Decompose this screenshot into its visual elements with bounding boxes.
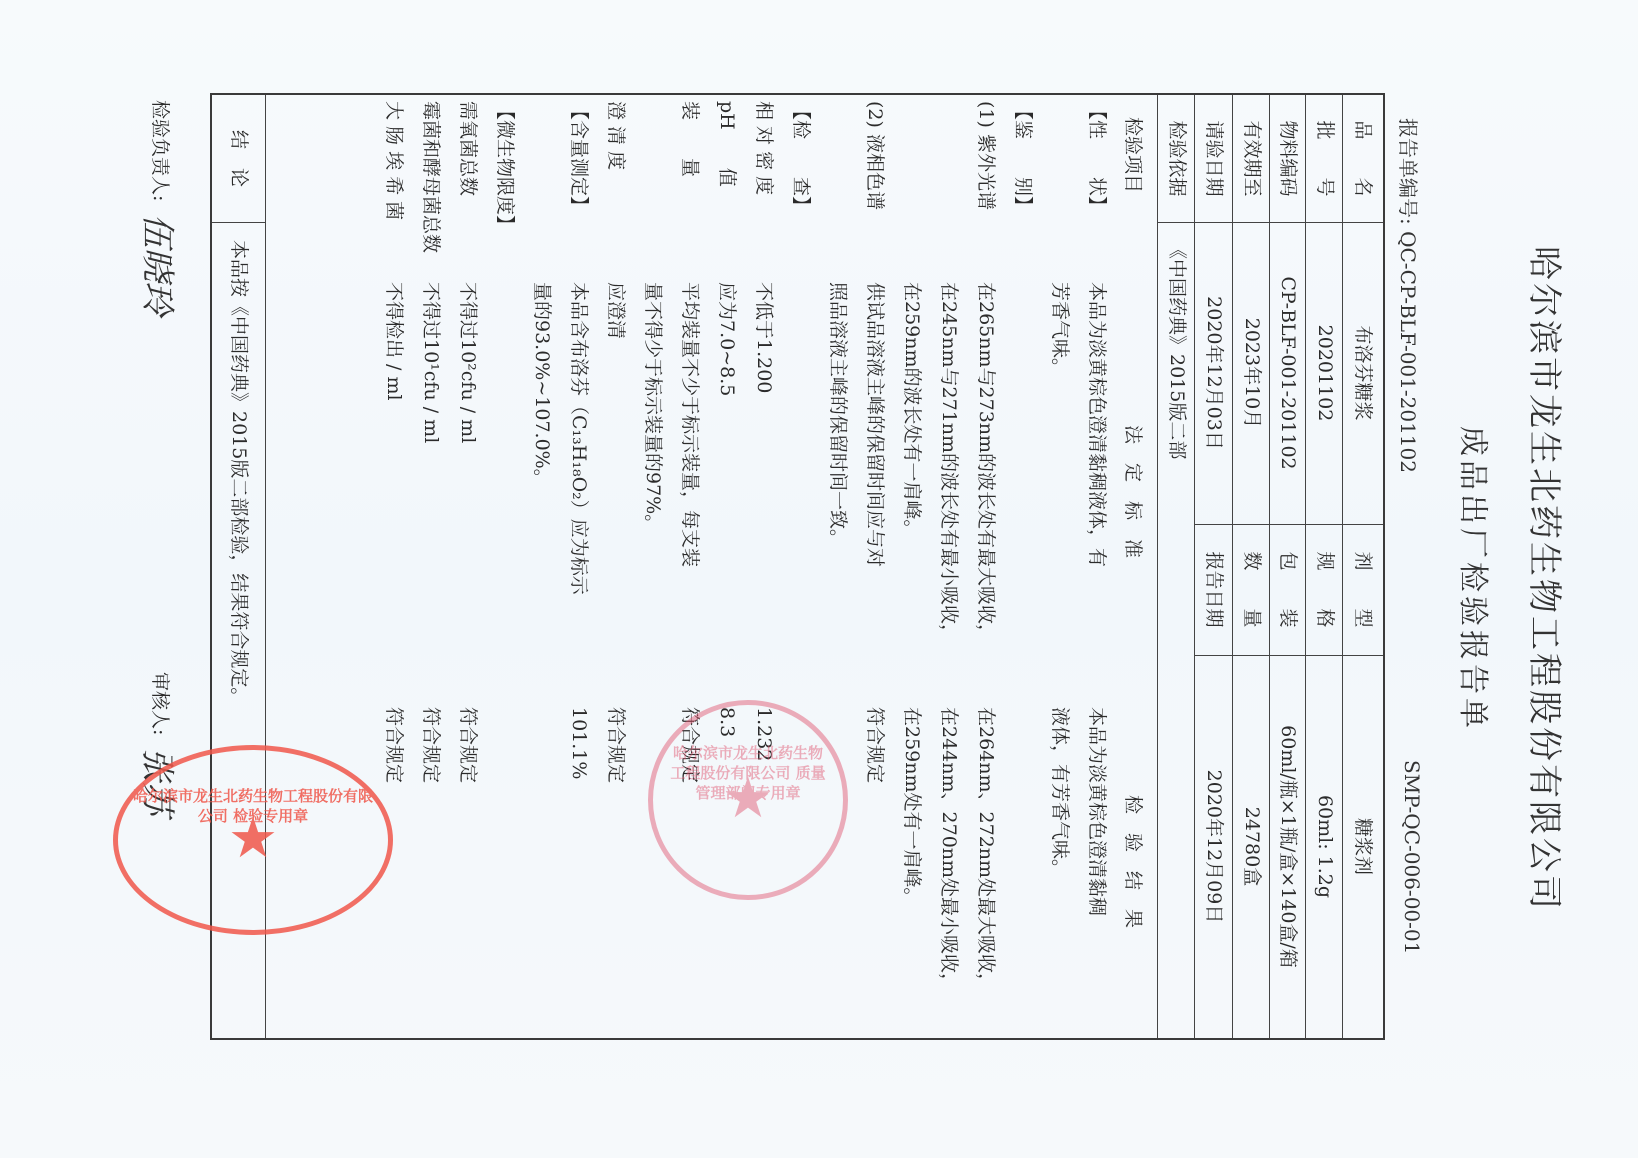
inspector-signature-block: 检验负责人: 伍晓玲 [144, 100, 193, 309]
result-text: 符合规定 [597, 707, 634, 783]
standard-text: 本品为淡黄棕色澄清黏稠液体，有 [1078, 282, 1115, 567]
company-name: 哈尔滨市龙生北药生物工程股份有限公司 [1523, 0, 1572, 1158]
column-header-standard: 法 定 标 准 [1115, 425, 1151, 558]
field-value: 《中国药典》2015版二部 [1158, 240, 1195, 459]
field-label: 物料编码 [1270, 95, 1306, 222]
field-value: 24780盒 [1233, 655, 1270, 1038]
qa-department-stamp: 哈尔滨市龙生北药生物工程股份有限公司 质量管理部门专用章★ [648, 700, 848, 900]
standard-text: 应为7.0~8.5 [708, 282, 745, 396]
report-number: 报告单编号: QC-CP-BLF-001-201102 [1395, 118, 1424, 473]
field-label: 批 号 [1306, 95, 1343, 222]
standard-text: 在259nm的波长处有一肩峰。 [893, 282, 930, 539]
inspector-signature: 伍晓玲 [137, 213, 177, 315]
field-label: 规 格 [1306, 524, 1343, 655]
standard-text: 应澄清 [597, 282, 634, 339]
col-divider [212, 222, 266, 223]
report-number-value: QC-CP-BLF-001-201102 [1396, 231, 1420, 473]
standard-text: 不得检出 / ml [375, 282, 412, 401]
result-text: 本品为淡黄棕色澄清黏稠 [1078, 707, 1115, 916]
field-value: 糖浆剂 [1343, 655, 1383, 1038]
standard-text: 本品含布洛芬（C₁₃H₁₈O₂）应为标示 [560, 282, 597, 595]
item-name: 【微生物限度】 [486, 101, 523, 234]
field-value: 60ml/瓶×1瓶/盒×140盒/箱 [1270, 655, 1306, 1038]
field-value: CP-BLF-001-201102 [1270, 222, 1306, 524]
inspection-stamp: 哈尔滨市龙生北药生物工程股份有限公司 检验专用章★ [113, 745, 393, 935]
standard-text: 供试品溶液主峰的保留时间应与对 [856, 282, 893, 567]
item-name: 相 对 密 度 [745, 101, 782, 195]
standard-text: 在245nm与271nm的波长处有最小吸收， [930, 282, 967, 643]
result-text: 符合规定 [856, 707, 893, 783]
report-number-label: 报告单编号: [1396, 118, 1420, 225]
inspector-label: 检验负责人: [149, 100, 171, 201]
standard-text: 照品溶液主峰的保留时间一致。 [819, 282, 856, 548]
star-icon: ★ [653, 766, 843, 831]
inspection-report-page: 哈尔滨市龙生北药生物工程股份有限公司 成品出厂检验报告单 报告单编号: QC-C… [0, 0, 1638, 1158]
standard-text: 不低于1.200 [745, 282, 782, 393]
result-text: 符合规定 [412, 707, 449, 783]
item-name: 需氧菌总数 [449, 101, 486, 196]
standard-text: 芳香气味。 [1041, 282, 1078, 377]
header-divider [1157, 95, 1158, 1038]
field-value: 60ml: 1.2g [1306, 655, 1343, 1038]
item-name: (1) 紫外光谱 [967, 101, 1004, 210]
report-table: 品 名布洛芬糖浆剂 型糖浆剂批 号20201102规 格60ml: 1.2g物料… [210, 93, 1385, 1040]
item-name: 澄 清 度 [597, 101, 634, 170]
field-value: 布洛芬糖浆 [1343, 222, 1383, 524]
item-name: pH 值 [708, 101, 745, 187]
report-title: 成品出厂检验报告单 [1454, 0, 1498, 1158]
item-name: (2) 液相色谱 [856, 101, 893, 210]
item-name: 【性 状】 [1078, 101, 1115, 215]
item-name: 【鉴 别】 [1004, 101, 1041, 215]
standard-text: 在265nm与273nm的波长处有最大吸收， [967, 282, 1004, 643]
conclusion-text: 本品按《中国药典》2015版二部检验，结果符合规定。 [212, 240, 266, 706]
form-code: SMP-QC-006-00-01 [1400, 760, 1424, 954]
field-label: 品 名 [1343, 95, 1383, 222]
field-value: 2020年12月03日 [1195, 222, 1233, 524]
field-value: 2020年12月09日 [1195, 655, 1233, 1038]
result-text: 符合规定 [375, 707, 412, 783]
standard-text: 量的93.0%~107.0%。 [523, 282, 560, 488]
result-text: 液体，有芳香气味。 [1041, 707, 1078, 878]
item-name: 【含量测定】 [560, 101, 597, 215]
column-header-item: 检验项目 [1115, 117, 1151, 193]
star-icon: ★ [118, 806, 388, 871]
standard-text: 不得过10²cfu / ml [449, 282, 486, 443]
field-label: 报告日期 [1195, 524, 1233, 655]
result-text: 符合规定 [449, 707, 486, 783]
field-label: 检验依据 [1158, 95, 1195, 222]
item-name: 【检 查】 [782, 101, 819, 215]
item-name: 霉菌和酵母菌总数 [412, 101, 449, 253]
result-text: 在259nm处有一肩峰。 [893, 707, 930, 907]
column-header-result: 检 验 结 果 [1115, 795, 1151, 928]
field-label: 请验日期 [1195, 95, 1233, 222]
result-text: 在264nm、272nm处最大吸收， [967, 707, 1004, 992]
field-label: 包 装 [1270, 524, 1306, 655]
standard-text: 不得过10¹cfu / ml [412, 282, 449, 443]
item-name: 装 量 [671, 101, 708, 177]
field-value: 2023年10月 [1233, 222, 1270, 524]
item-name: 大 肠 埃 希 菌 [375, 101, 412, 220]
reviewer-label: 审核人: [149, 672, 171, 735]
conclusion-label: 结 论 [212, 95, 266, 222]
field-label: 数 量 [1233, 524, 1270, 655]
field-label: 有效期至 [1233, 95, 1270, 222]
standard-text: 平均装量不少于标示装量，每支装 [671, 282, 708, 567]
result-text: 在244nm、270nm处最小吸收， [930, 707, 967, 992]
standard-text: 量不得少于标示装量的97%。 [634, 282, 671, 533]
field-label: 剂 型 [1343, 524, 1383, 655]
result-text: 101.1% [560, 707, 597, 779]
field-value: 20201102 [1306, 222, 1343, 524]
